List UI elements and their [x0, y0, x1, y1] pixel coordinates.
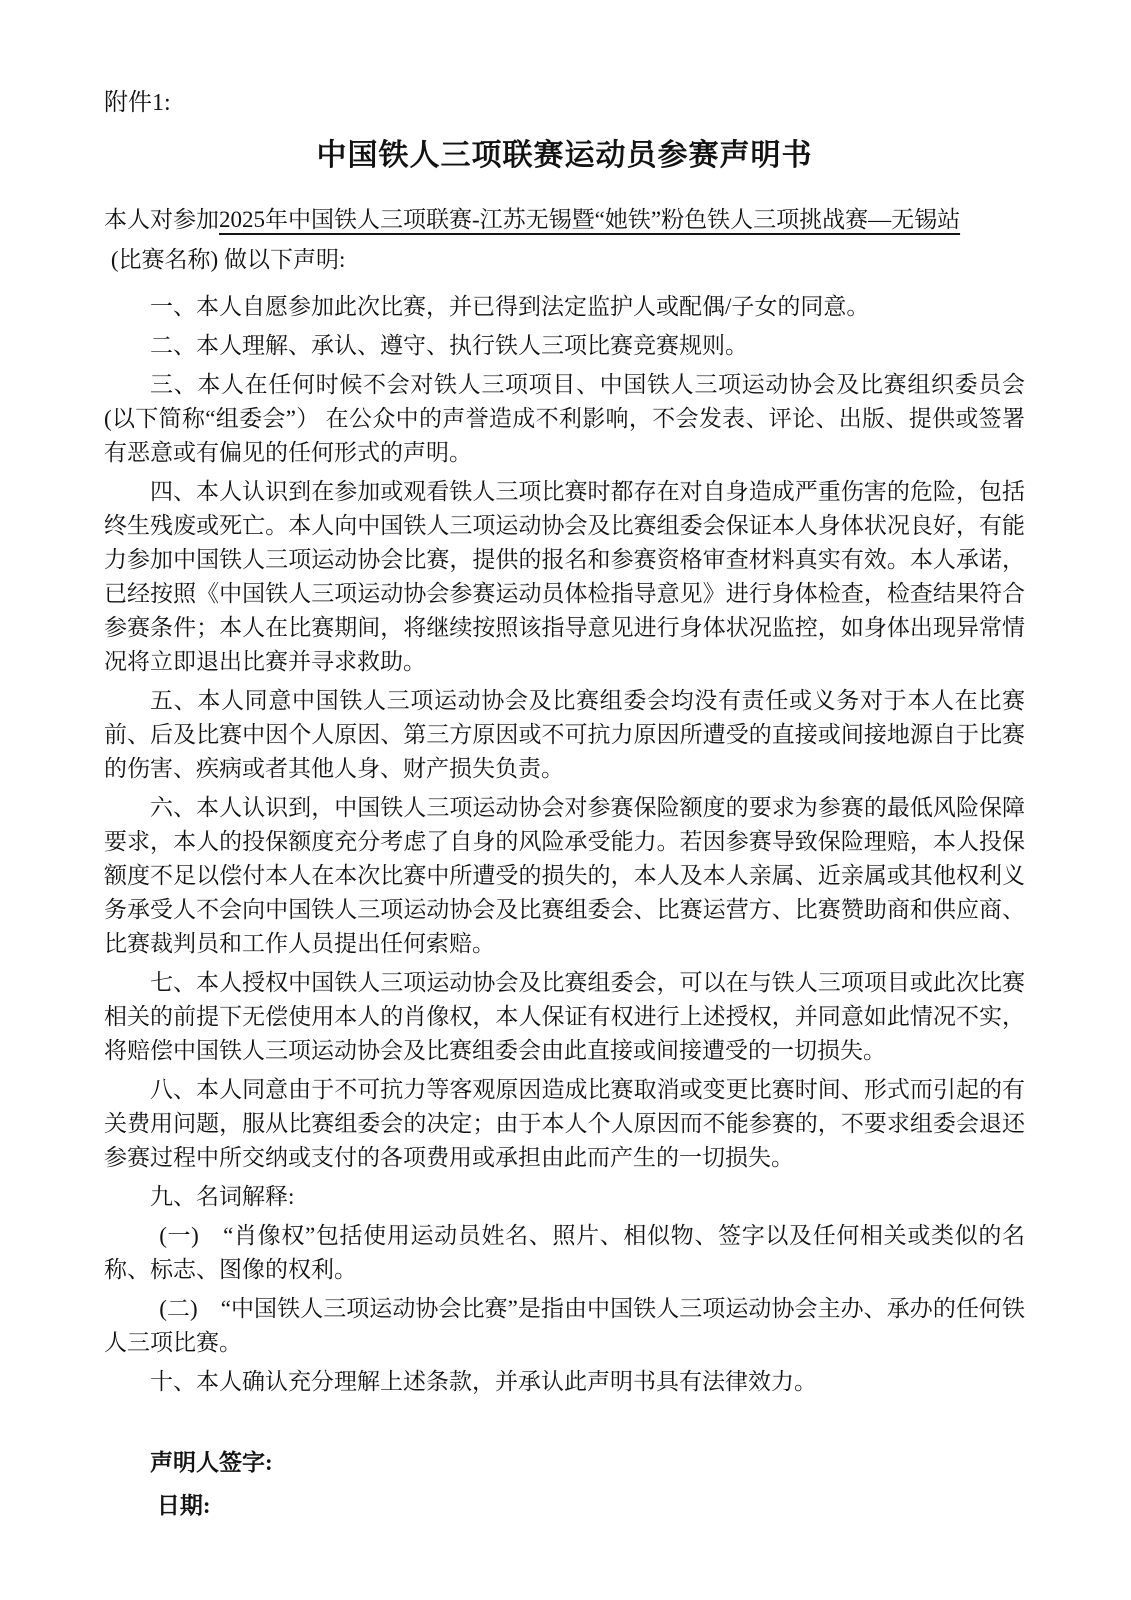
intro-line2: (比赛名称) 做以下声明:: [104, 240, 1025, 280]
intro-paragraph: 本人对参加2025年中国铁人三项联赛-江苏无锡暨“她铁”粉色铁人三项挑战赛—无锡…: [104, 200, 1025, 240]
clause-paragraph-8: 八、本人同意由于不可抗力等客观原因造成比赛取消或变更比赛时间、形式而引起的有关费…: [104, 1073, 1025, 1175]
intro-prefix: 本人对参加: [104, 207, 219, 232]
competition-name-underlined: 2025年中国铁人三项联赛-江苏无锡暨“她铁”粉色铁人三项挑战赛—无锡站: [219, 207, 960, 232]
clause-paragraph-1: 一、本人自愿参加此次比赛，并已得到法定监护人或配偶/子女的同意。: [104, 290, 1025, 324]
signature-label: 声明人签字:: [104, 1441, 1025, 1484]
definition-item-2: (二) “中国铁人三项运动协会比赛”是指由中国铁人三项运动协会主办、承办的任何铁…: [104, 1292, 1025, 1360]
date-label: 日期:: [104, 1484, 1025, 1527]
clause-paragraph-9-heading: 九、名词解释:: [104, 1180, 1025, 1214]
clause-paragraph-3: 三、本人在任何时候不会对铁人三项项目、中国铁人三项运动协会及比赛组织委员会 (以…: [104, 368, 1025, 470]
definition-item-1: (一) “肖像权”包括使用运动员姓名、照片、相似物、签字以及任何相关或类似的名称…: [104, 1219, 1025, 1287]
document-page: 附件1: 中国铁人三项联赛运动员参赛声明书 本人对参加2025年中国铁人三项联赛…: [0, 0, 1131, 1600]
clause-paragraph-5: 五、本人同意中国铁人三项运动协会及比赛组委会均没有责任或义务对于本人在比赛前、后…: [104, 684, 1025, 786]
attachment-label: 附件1:: [104, 88, 1025, 118]
clause-paragraph-10: 十、本人确认充分理解上述条款，并承认此声明书具有法律效力。: [104, 1365, 1025, 1399]
clause-paragraph-2: 二、本人理解、承认、遵守、执行铁人三项比赛竞赛规则。: [104, 329, 1025, 363]
clause-paragraph-6: 六、本人认识到，中国铁人三项运动协会对参赛保险额度的要求为参赛的最低风险保障要求…: [104, 791, 1025, 961]
document-title: 中国铁人三项联赛运动员参赛声明书: [104, 130, 1025, 174]
clause-paragraph-4: 四、本人认识到在参加或观看铁人三项比赛时都存在对自身造成严重伤害的危险，包括终生…: [104, 475, 1025, 679]
clause-paragraph-7: 七、本人授权中国铁人三项运动协会及比赛组委会，可以在与铁人三项项目或此次比赛相关…: [104, 966, 1025, 1068]
signature-block: 声明人签字: 日期:: [104, 1441, 1025, 1527]
